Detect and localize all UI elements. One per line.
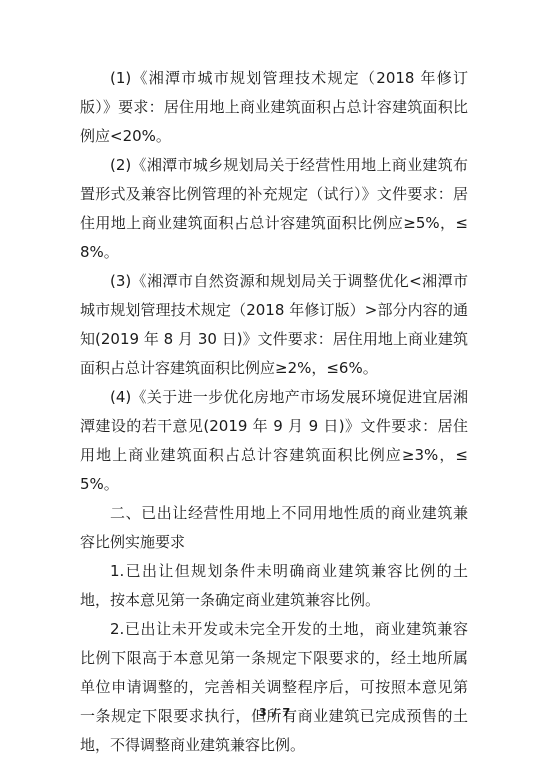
paragraph-regulation-2: (2)《湘潭市城乡规划局关于经营性用地上商业建筑布置形式及兼容比例管理的补充规定…	[80, 151, 468, 267]
paragraph-item-1: 1.已出让但规划条件未明确商业建筑兼容比例的土地，按本意见第一条确定商业建筑兼容…	[80, 557, 468, 615]
paragraph-regulation-1: (1)《湘潭市城市规划管理技术规定（2018 年修订版）》要求：居住用地上商业建…	[80, 64, 468, 151]
document-body: (1)《湘潭市城市规划管理技术规定（2018 年修订版）》要求：居住用地上商业建…	[80, 64, 468, 760]
section-heading-2: 二、已出让经营性用地上不同用地性质的商业建筑兼容比例实施要求	[80, 499, 468, 557]
document-page: (1)《湘潭市城市规划管理技术规定（2018 年修订版）》要求：居住用地上商业建…	[0, 0, 550, 778]
page-number: 3 / 7	[0, 706, 550, 719]
paragraph-regulation-4: (4)《关于进一步优化房地产市场发展环境促进宜居湘潭建设的若干意见(2019 年…	[80, 383, 468, 499]
paragraph-item-2: 2.已出让未开发或未完全开发的土地，商业建筑兼容比例下限高于本意见第一条规定下限…	[80, 615, 468, 760]
paragraph-regulation-3: (3)《湘潭市自然资源和规划局关于调整优化<湘潭市城市规划管理技术规定（2018…	[80, 267, 468, 383]
